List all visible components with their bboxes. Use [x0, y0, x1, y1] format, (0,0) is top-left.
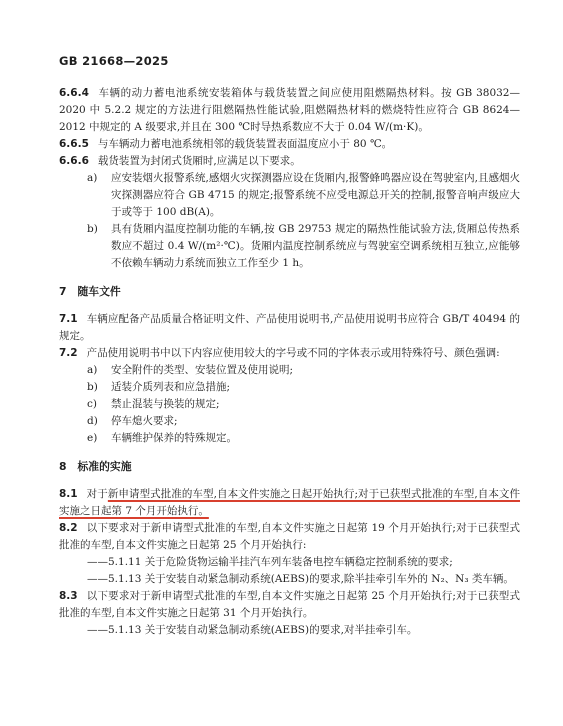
clause-6-6-4: 6.6.4车辆的动力蓄电池系统安装箱体与载货装置之间应使用阻燃隔热材料。按 GB…: [59, 85, 520, 136]
clause-text: 以下要求对于新申请型式批准的车型,自本文件实施之日起第 25 个月开始执行;对于…: [59, 590, 520, 619]
clause-text-underlined-red: 新申请型式批准的车型,自本文件实施之日起开始执行;对于已获型式批准的车型,自本文…: [59, 488, 520, 517]
list-item-text: 应安装烟火报警系统,感烟火灾探测器应设在货厢内,报警蜂鸣器应设在驾驶室内,且感烟…: [111, 172, 520, 218]
clause-number: 8.3: [59, 590, 78, 602]
clause-number: 7.1: [59, 313, 78, 325]
dash-item-text: ——5.1.13 关于安装自动紧急制动系统(AEBS)的要求,除半挂牵引车外的 …: [87, 573, 514, 585]
clause-number: 6.6.5: [59, 138, 89, 150]
section-8-heading: 8标准的实施: [59, 458, 520, 475]
doc-number: GB 21668—2025: [59, 53, 520, 70]
section-title: 随车文件: [78, 285, 121, 298]
section-number: 7: [59, 285, 67, 298]
clause-text-prefix: 对于: [87, 488, 108, 500]
list-item-label: b): [87, 379, 98, 396]
section-7-heading: 7随车文件: [59, 283, 520, 300]
dash-item-5-1-13: ——5.1.13 关于安装自动紧急制动系统(AEBS)的要求,除半挂牵引车外的 …: [59, 571, 520, 588]
list-item-label: c): [87, 396, 97, 413]
list-item-label: e): [87, 430, 97, 447]
clause-text: 车辆应配备产品质量合格证明文件、产品使用说明书,产品使用说明书应符合 GB/T …: [59, 313, 520, 342]
clause-text: 以下要求对于新申请型式批准的车型,自本文件实施之日起第 19 个月开始执行;对于…: [59, 522, 520, 551]
list-item-label: b): [87, 221, 98, 238]
clause-number: 6.6.4: [59, 87, 89, 99]
list-item-a: a) 应安装烟火报警系统,感烟火灾探测器应设在货厢内,报警蜂鸣器应设在驾驶室内,…: [59, 170, 520, 221]
clause-7-1: 7.1车辆应配备产品质量合格证明文件、产品使用说明书,产品使用说明书应符合 GB…: [59, 311, 520, 345]
clause-6-6-5: 6.6.5与车辆动力蓄电池系统相邻的载货装置表面温度应小于 80 ℃。: [59, 136, 520, 153]
clause-8-3: 8.3以下要求对于新申请型式批准的车型,自本文件实施之日起第 25 个月开始执行…: [59, 588, 520, 622]
list-item-label: a): [87, 170, 97, 187]
list-item-a: a) 安全附件的类型、安装位置及使用说明;: [59, 362, 520, 379]
clause-number: 6.6.6: [59, 155, 89, 167]
clause-8-2: 8.2以下要求对于新申请型式批准的车型,自本文件实施之日起第 19 个月开始执行…: [59, 520, 520, 554]
clause-text: 与车辆动力蓄电池系统相邻的载货装置表面温度应小于 80 ℃。: [98, 138, 392, 150]
clause-6-6-6: 6.6.6载货装置为封闭式货厢时,应满足以下要求。: [59, 153, 520, 170]
clause-8-1: 8.1对于新申请型式批准的车型,自本文件实施之日起开始执行;对于已获型式批准的车…: [59, 486, 520, 520]
list-item-b: b) 适装介质列表和应急措施;: [59, 379, 520, 396]
dash-item-text: ——5.1.11 关于危险货物运输半挂汽车列车装备电控车辆稳定控制系统的要求;: [87, 556, 453, 568]
section-number: 8: [59, 460, 67, 473]
list-item-d: d) 停车熄火要求;: [59, 413, 520, 430]
clause-text: 车辆的动力蓄电池系统安装箱体与载货装置之间应使用阻燃隔热材料。按 GB 3803…: [59, 87, 520, 133]
dash-item-5-1-11: ——5.1.11 关于危险货物运输半挂汽车列车装备电控车辆稳定控制系统的要求;: [59, 554, 520, 571]
document-page: GB 21668—2025 6.6.4车辆的动力蓄电池系统安装箱体与载货装置之间…: [0, 0, 563, 726]
list-item-text: 停车熄火要求;: [111, 415, 178, 427]
clause-7-2: 7.2产品使用说明书中以下内容应使用较大的字号或不同的字体表示或用特殊符号、颜色…: [59, 345, 520, 362]
clause-number: 8.1: [59, 488, 78, 500]
list-item-text: 禁止混装与换装的规定;: [111, 398, 220, 410]
section-title: 标准的实施: [78, 460, 132, 473]
clause-text: 载货装置为封闭式货厢时,应满足以下要求。: [98, 155, 301, 167]
list-item-text: 车辆维护保养的特殊规定。: [111, 432, 237, 444]
list-item-c: c) 禁止混装与换装的规定;: [59, 396, 520, 413]
dash-item-5-1-13-tractor: ——5.1.13 关于安装自动紧急制动系统(AEBS)的要求,对半挂牵引车。: [59, 622, 520, 639]
clause-number: 8.2: [59, 522, 78, 534]
list-item-text: 适装介质列表和应急措施;: [111, 381, 230, 393]
clause-text: 产品使用说明书中以下内容应使用较大的字号或不同的字体表示或用特殊符号、颜色强调:: [87, 347, 500, 359]
list-item-label: d): [87, 413, 98, 430]
list-item-b: b) 具有货厢内温度控制功能的车辆,按 GB 29753 规定的隔热性能试验方法…: [59, 221, 520, 272]
dash-item-text: ——5.1.13 关于安装自动紧急制动系统(AEBS)的要求,对半挂牵引车。: [87, 624, 417, 636]
clause-number: 7.2: [59, 347, 78, 359]
list-item-text: 安全附件的类型、安装位置及使用说明;: [111, 364, 293, 376]
list-item-label: a): [87, 362, 97, 379]
list-item-text: 具有货厢内温度控制功能的车辆,按 GB 29753 规定的隔热性能试验方法,货厢…: [111, 223, 520, 269]
list-item-e: e) 车辆维护保养的特殊规定。: [59, 430, 520, 447]
